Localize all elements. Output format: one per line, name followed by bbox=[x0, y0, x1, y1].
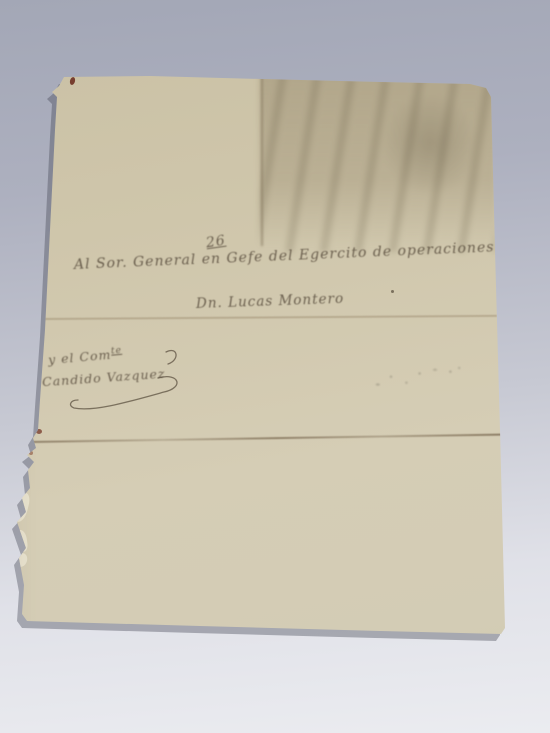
ink-dot bbox=[391, 290, 394, 293]
faint-smudge-stain bbox=[358, 356, 468, 402]
vertical-fold-line bbox=[261, 74, 263, 246]
wax-spot-top-left bbox=[69, 77, 76, 86]
docket-number: 26 bbox=[205, 233, 227, 252]
stain-top-right bbox=[260, 72, 496, 252]
horizontal-crease-line bbox=[30, 434, 504, 443]
photo-of-manuscript: 26 Al Sor. General en Gefe del Egercito … bbox=[0, 0, 550, 733]
horizontal-fold-line bbox=[45, 315, 497, 320]
address-line-2: Dn. Lucas Montero bbox=[196, 291, 345, 312]
signature-flourish bbox=[38, 338, 188, 418]
